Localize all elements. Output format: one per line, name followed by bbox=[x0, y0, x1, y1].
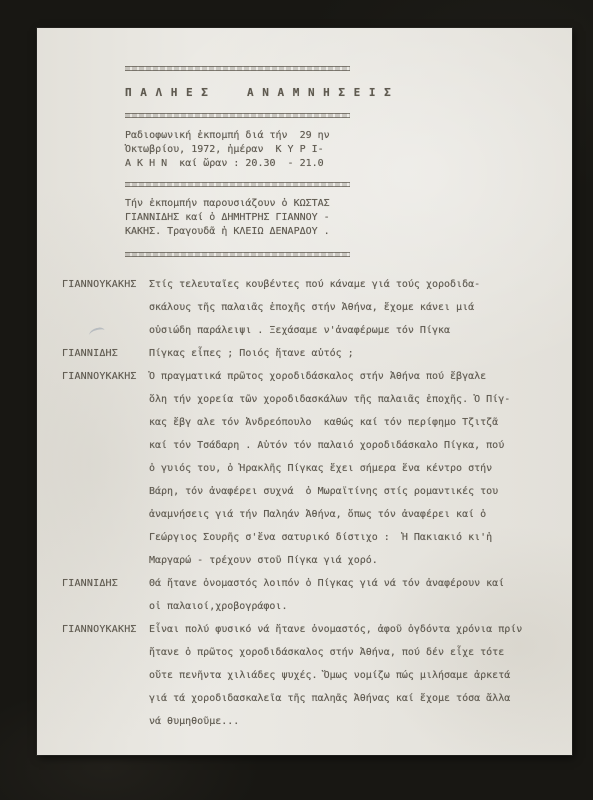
dialogue-line: Στίς τελευταῖες κουβέντες πού κάναμε γιά… bbox=[149, 273, 552, 296]
dialogue: ΓΙΑΝΝΟΥΚΑΚΗΣΣτίς τελευταῖες κουβέντες πο… bbox=[37, 273, 572, 733]
dialogue-line: καί τόν Τσάδαρη . Αὐτόν τόν παλαιό χοροδ… bbox=[149, 434, 552, 457]
dialogue-entry: ΓΙΑΝΝΙΔΗΣΠίγκας εἶπες ; Ποιός ἤτανε αὐτό… bbox=[37, 342, 572, 365]
speaker-label: ΓΙΑΝΝΙΔΗΣ bbox=[37, 572, 149, 618]
presenter-line: ΚΑΚΗΣ. Τραγουδᾶ ἡ ΚΛΕΙΩ ΔΕΝΑΡΔΟΥ . bbox=[125, 225, 572, 239]
dialogue-entry: ΓΙΑΝΝΟΥΚΑΚΗΣΕἶναι πολύ φυσικό νά ἤτανε ὀ… bbox=[37, 618, 572, 733]
speech-lines: Εἶναι πολύ φυσικό νά ἤτανε ὀνομαστός, ἀφ… bbox=[149, 618, 572, 733]
dialogue-line: Θά ἤτανε ὀνομαστός λοιπόν ὁ Πίγκας γιά ν… bbox=[149, 572, 552, 595]
speech-lines: Θά ἤτανε ὀνομαστός λοιπόν ὁ Πίγκας γιά ν… bbox=[149, 572, 572, 618]
divider-rule bbox=[125, 252, 350, 257]
speech-lines: Στίς τελευταῖες κουβέντες πού κάναμε γιά… bbox=[149, 273, 572, 342]
dialogue-line: ὅλη τήν χορεία τῶν χοροδιδασκάλων τῆς πα… bbox=[149, 388, 552, 411]
presenter-line: Τήν ἐκπομπήν παρουσιάζουν ὁ ΚΩΣΤΑΣ bbox=[125, 197, 572, 211]
speaker-label: ΓΙΑΝΝΟΥΚΑΚΗΣ bbox=[37, 365, 149, 572]
dialogue-line: Ὁ πραγματικά πρῶτος χοροδιδάσκαλος στήν … bbox=[149, 365, 552, 388]
presenter-line: ΓΙΑΝΝΙΔΗΣ καί ὁ ΔΗΜΗΤΡΗΣ ΓΙΑΝΝΟΥ - bbox=[125, 211, 572, 225]
dialogue-line: ὁ γυιός του, ὁ Ἡρακλῆς Πίγκας ἔχει σήμερ… bbox=[149, 457, 552, 480]
dialogue-line: νά θυμηθοῦμε... bbox=[149, 710, 552, 733]
page-title: Π Α Λ Η Ε Σ Α Ν Α Μ Ν Η Σ Ε Ι Σ bbox=[125, 86, 572, 100]
dialogue-line: οἱ παλαιοί,χροβογράφοι. bbox=[149, 595, 552, 618]
divider-rule bbox=[125, 182, 350, 187]
dialogue-line: σκάλους τῆς παλαιᾶς ἐποχῆς στήν Ἀθήνα, ἔ… bbox=[149, 296, 552, 319]
divider-rule bbox=[125, 66, 350, 71]
dialogue-line: κας ἔβγ αλε τόν Ἀνδρεόπουλο καθώς καί τό… bbox=[149, 411, 552, 434]
dialogue-entry: ΓΙΑΝΝΟΥΚΑΚΗΣΣτίς τελευταῖες κουβέντες πο… bbox=[37, 273, 572, 342]
broadcast-info-line: Α Κ Η Ν καί ὥραν : 20.30 - 21.0 bbox=[125, 157, 572, 171]
dialogue-line: Εἶναι πολύ φυσικό νά ἤτανε ὀνομαστός, ἀφ… bbox=[149, 618, 552, 641]
speech-lines: Πίγκας εἶπες ; Ποιός ἤτανε αὐτός ; bbox=[149, 342, 572, 365]
dialogue-line: οὐσιώδη παράλειψι . Ξεχάσαμε ν'ἀναφέρωμε… bbox=[149, 319, 552, 342]
speaker-label: ΓΙΑΝΝΟΥΚΑΚΗΣ bbox=[37, 618, 149, 733]
dialogue-line: Βάρη, τόν ἀναφέρει συχνά ὁ Μωραϊτίνης στ… bbox=[149, 480, 552, 503]
speech-lines: Ὁ πραγματικά πρῶτος χοροδιδάσκαλος στήν … bbox=[149, 365, 572, 572]
dialogue-line: Πίγκας εἶπες ; Ποιός ἤτανε αὐτός ; bbox=[149, 342, 552, 365]
presenters-block: Τήν ἐκπομπήν παρουσιάζουν ὁ ΚΩΣΤΑΣΓΙΑΝΝΙ… bbox=[125, 197, 572, 239]
dialogue-line: οὔτε πενῆντα χιλιάδες ψυχές. Ὅμως νομίζω… bbox=[149, 664, 552, 687]
speaker-label: ΓΙΑΝΝΙΔΗΣ bbox=[37, 342, 149, 365]
dialogue-line: ἀναμνήσεις γιά τήν Παληάν Ἀθήνα, ὅπως τό… bbox=[149, 503, 552, 526]
dialogue-line: Γεώργιος Σουρῆς σ'ἕνα σατυρικό δίστιχο :… bbox=[149, 526, 552, 549]
broadcast-info-line: Ὀκτωβρίου, 1972, ἡμέραν Κ Υ Ρ Ι- bbox=[125, 143, 572, 157]
dialogue-line: ἤτανε ὁ πρῶτος χοροδιδάσκαλος στήν Ἀθήνα… bbox=[149, 641, 552, 664]
dialogue-line: Μαργαρώ - τρέχουν στοῦ Πίγκα γιά χορό. bbox=[149, 549, 552, 572]
dialogue-entry: ΓΙΑΝΝΙΔΗΣΘά ἤτανε ὀνομαστός λοιπόν ὁ Πίγ… bbox=[37, 572, 572, 618]
dialogue-entry: ΓΙΑΝΝΟΥΚΑΚΗΣὉ πραγματικά πρῶτος χοροδιδά… bbox=[37, 365, 572, 572]
broadcast-info-block: Ραδιοφωνική ἐκπομπή διά τήν 29 ηνὈκτωβρί… bbox=[125, 129, 572, 171]
divider-rule bbox=[125, 113, 350, 118]
dialogue-line: γιά τά χοροδιδασκαλεῖα τῆς παληᾶς Ἀθήνας… bbox=[149, 687, 552, 710]
typewritten-page: Π Α Λ Η Ε Σ Α Ν Α Μ Ν Η Σ Ε Ι Σ Ραδιοφων… bbox=[37, 28, 572, 755]
broadcast-info-line: Ραδιοφωνική ἐκπομπή διά τήν 29 ην bbox=[125, 129, 572, 143]
